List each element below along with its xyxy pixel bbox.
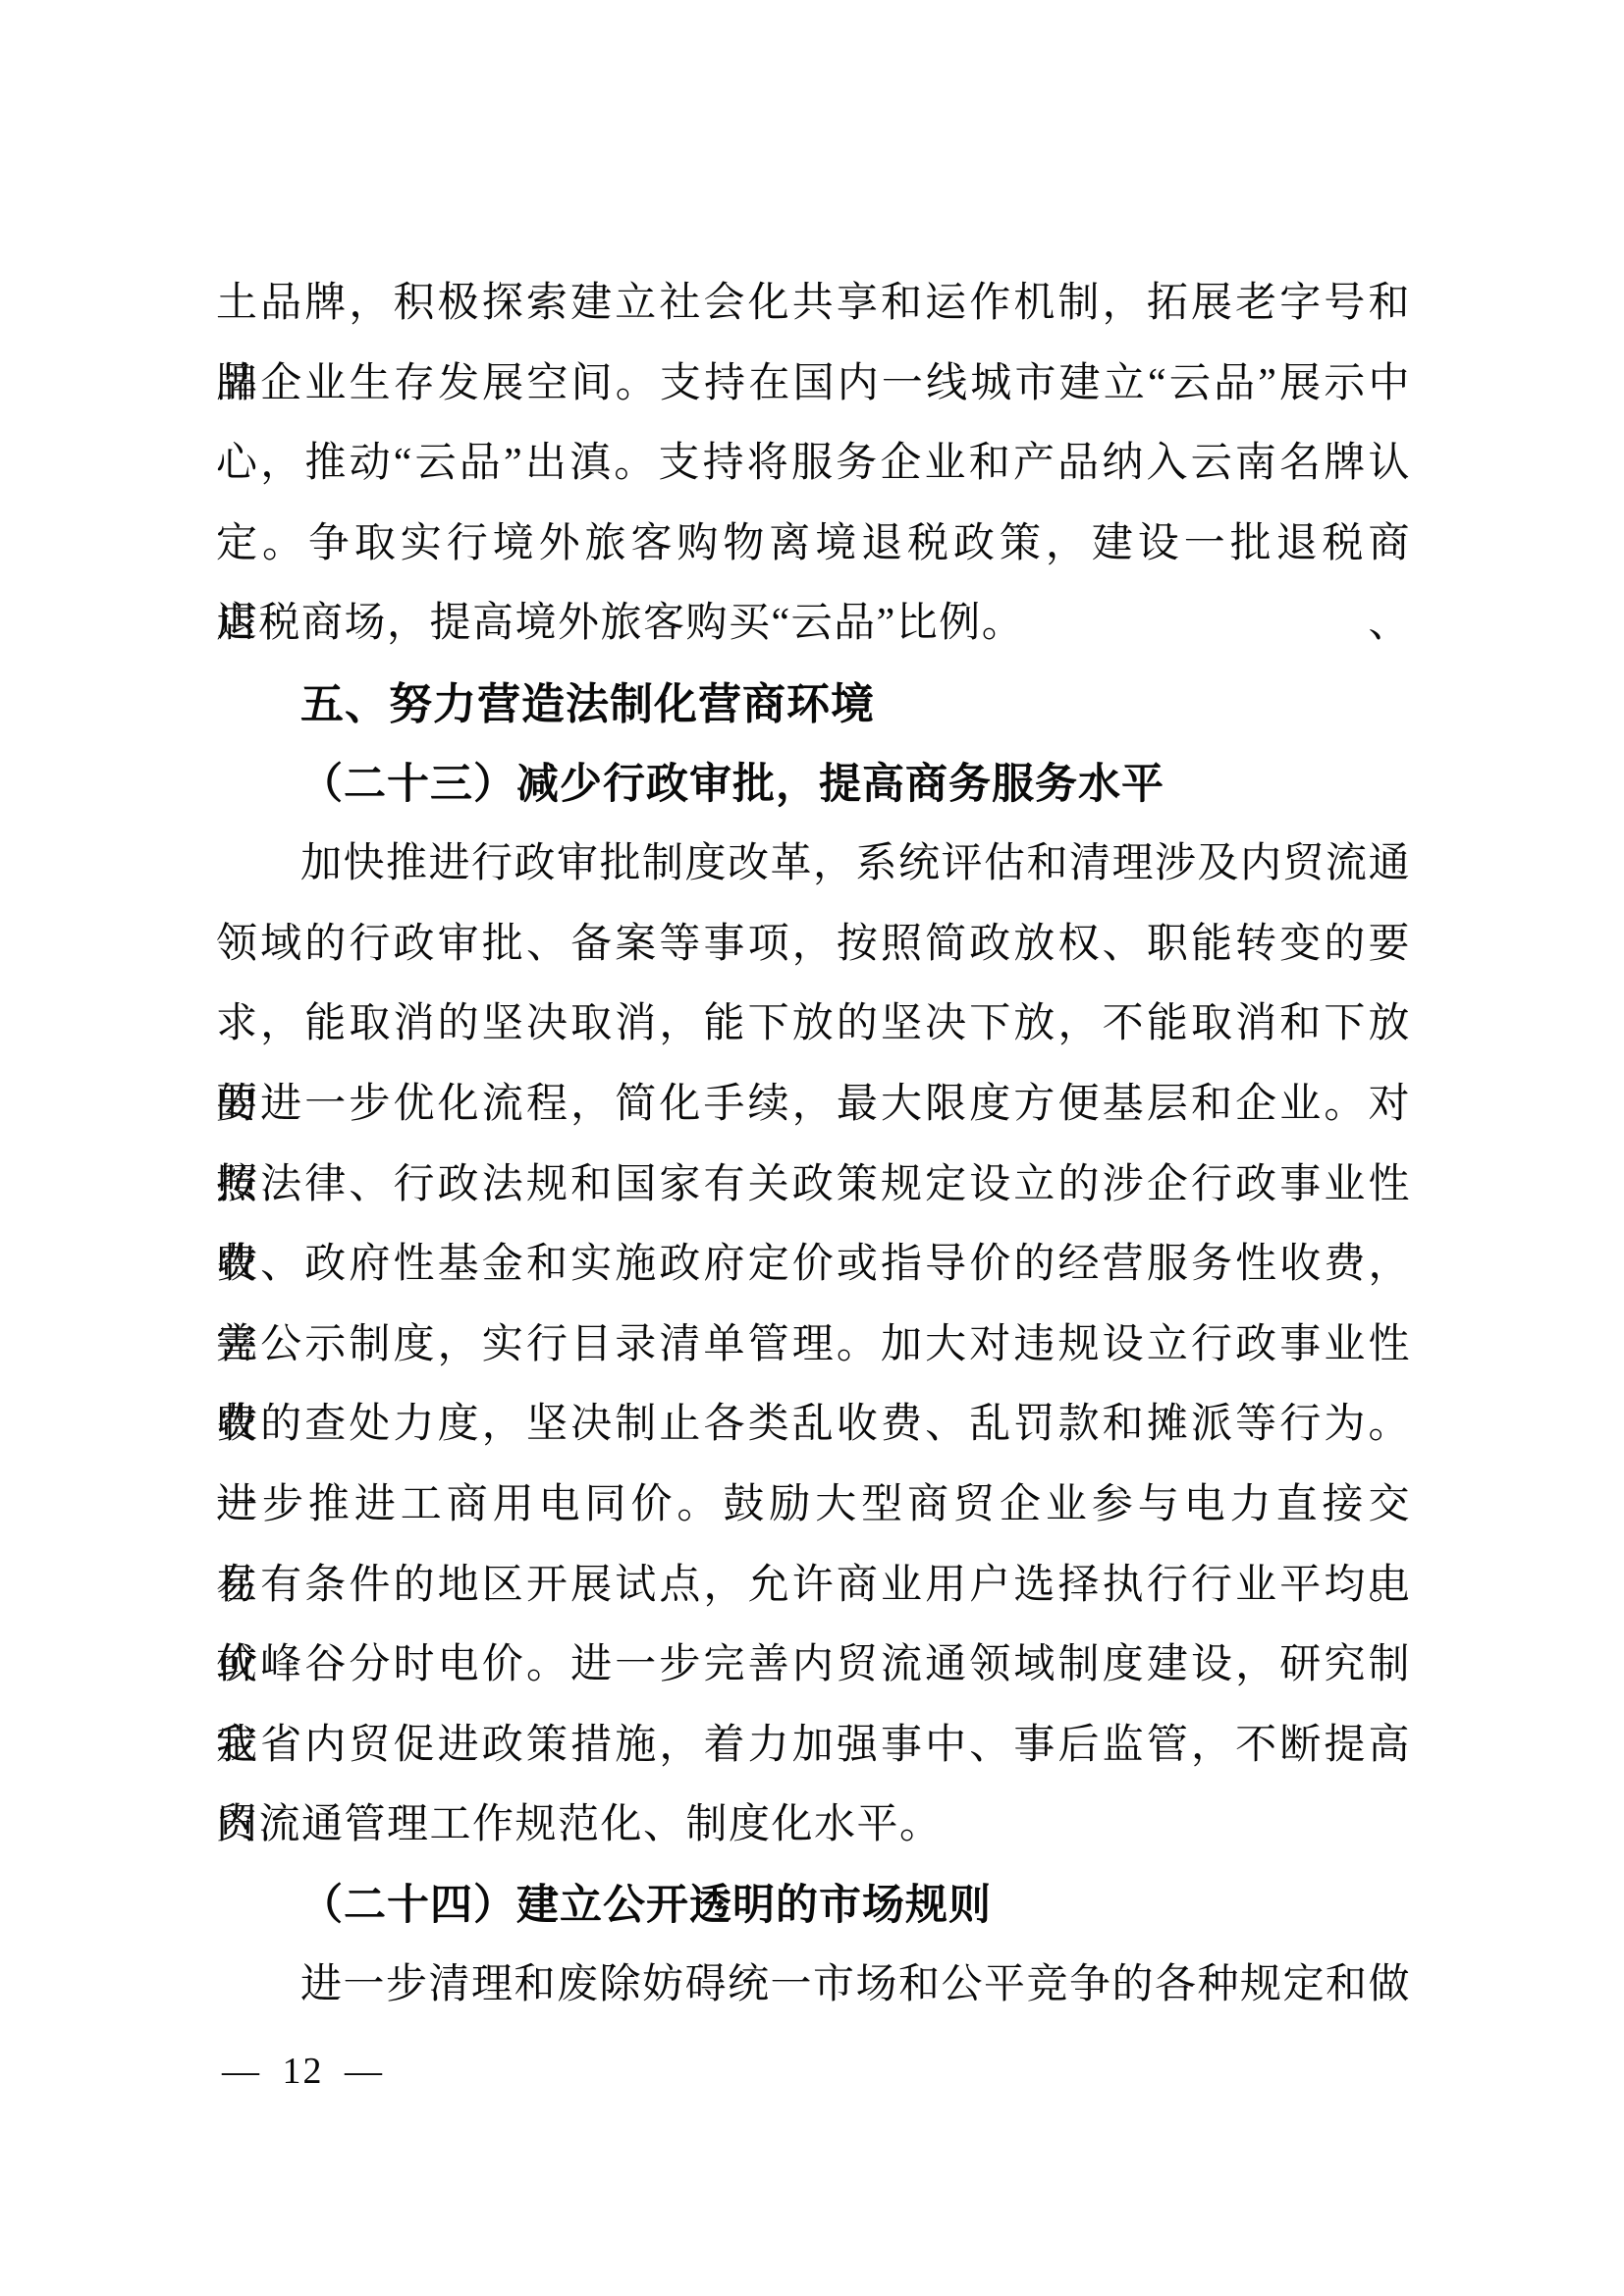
section-heading: 五、努力营造法制化营商环境 [216, 665, 1411, 745]
paragraph-line: 领域的行政审批、备案等事项，按照简政放权、职能转变的要 [216, 905, 1411, 986]
paragraph-line: 土品牌，积极探索建立社会化共享和运作机制，拓展老字号和品 [216, 264, 1411, 345]
paragraph-line: 一步推进工商用电同价。鼓励大型商贸企业参与电力直接交易。 [216, 1466, 1411, 1546]
paragraph-line: 心，推动“云品”出滇。支持将服务企业和产品纳入云南名牌认 [216, 424, 1411, 505]
paragraph-line: 费、政府性基金和实施政府定价或指导价的经营服务性收费，完 [216, 1225, 1411, 1306]
paragraph-line: 我省内贸促进政策措施，着力加强事中、事后监管，不断提高内 [216, 1706, 1411, 1787]
paragraph-line: 在有条件的地区开展试点，允许商业用户选择执行行业平均电价 [216, 1546, 1411, 1627]
paragraph-line: 费的查处力度，坚决制止各类乱收费、乱罚款和摊派等行为。进 [216, 1385, 1411, 1466]
subsection-heading: （二十三）减少行政审批，提高商务服务水平 [216, 745, 1411, 826]
subsection-heading: （二十四）建立公开透明的市场规则 [216, 1866, 1411, 1947]
document-text-block: 土品牌，积极探索建立社会化共享和运作机制，拓展老字号和品 牌企业生存发展空间。支… [216, 264, 1411, 2026]
page-number: — 12 — [222, 2037, 384, 2106]
paragraph-line: 定。争取实行境外旅客购物离境退税政策，建设一批退税商店、 [216, 505, 1411, 585]
paragraph-line: 或峰谷分时电价。进一步完善内贸流通领域制度建设，研究制定 [216, 1626, 1411, 1706]
paragraph-line: 加快推进行政审批制度改革，系统评估和清理涉及内贸流通 [216, 825, 1411, 905]
paragraph-line: 要进一步优化流程，简化手续，最大限度方便基层和企业。对按 [216, 1065, 1411, 1146]
paragraph-line: 贸流通管理工作规范化、制度化水平。 [216, 1786, 1411, 1866]
paragraph-line: 善公示制度，实行目录清单管理。加大对违规设立行政事业性收 [216, 1306, 1411, 1386]
paragraph-line: 求，能取消的坚决取消，能下放的坚决下放，不能取消和下放的 [216, 985, 1411, 1065]
paragraph-line: 牌企业生存发展空间。支持在国内一线城市建立“云品”展示中 [216, 345, 1411, 425]
paragraph-line: 照法律、行政法规和国家有关政策规定设立的涉企行政事业性收 [216, 1146, 1411, 1226]
document-page: 土品牌，积极探索建立社会化共享和运作机制，拓展老字号和品 牌企业生存发展空间。支… [0, 0, 1624, 2296]
paragraph-line: 进一步清理和废除妨碍统一市场和公平竞争的各种规定和做 [216, 1946, 1411, 2026]
